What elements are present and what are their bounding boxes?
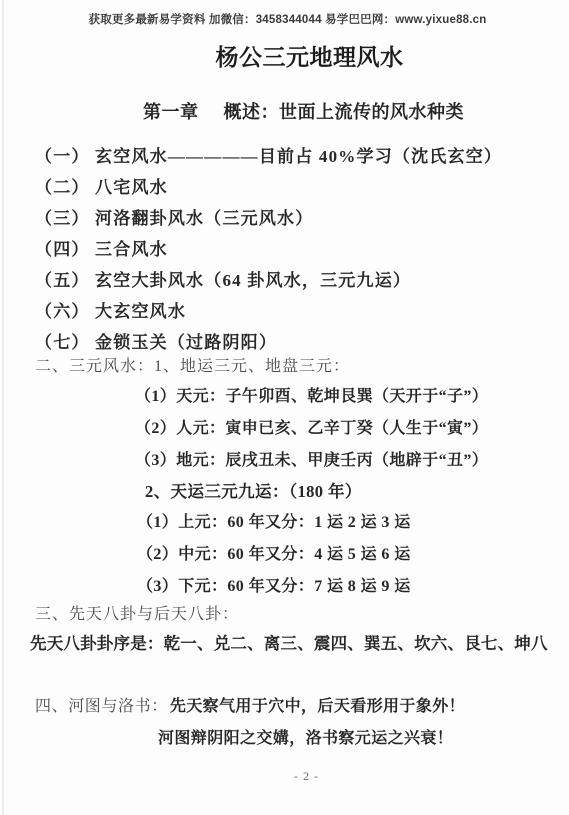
yun-item: （3）下元：60 年又分：7 运 8 运 9 运 <box>137 577 411 597</box>
section3-header: 三、先天八卦与后天八卦： <box>35 605 239 625</box>
header-notice: 获取更多最新易学资料 加微信：3458344044 易学巴巴网：www.yixu… <box>0 13 569 27</box>
section4-text: 先天察气用于穴中，后天看形用于象外！ <box>170 698 465 715</box>
list-item: （六） 大玄空风水 <box>35 296 502 327</box>
list-item: （二） 八宅风水 <box>35 172 502 203</box>
list-item: （一） 玄空风水—————目前占 40%学习（沈氏玄空） <box>35 141 502 172</box>
chapter-name: 概述：世面上流传的风水种类 <box>224 102 465 122</box>
section2-header: 二、三元风水：1、地运三元、地盘三元： <box>35 357 350 377</box>
page-number: - 2 - <box>0 769 569 784</box>
page-title: 杨公三元地理风水 <box>0 44 569 73</box>
section2-sub-item: （2）人元：寅申已亥、乙辛丁癸（人生于“寅”） <box>135 419 488 439</box>
section4-header: 四、河图与洛书： <box>35 698 168 715</box>
section4-line2: 河图辩阴阳之交媾，洛书察元运之兴衰！ <box>158 729 453 749</box>
list-item: （七） 金锁玉关（过路阴阳） <box>35 327 502 358</box>
section2-sub-item: （1）天元：子午卯酉、乾坤艮巽（天开于“子”） <box>135 387 488 407</box>
list-item: （五） 玄空大卦风水（64 卦风水，三元九运） <box>35 265 502 296</box>
yun-item: （1）上元：60 年又分：1 运 2 运 3 运 <box>137 513 411 533</box>
bagua-order-line: 先天八卦卦序是：乾一、兑二、离三、震四、巽五、坎六、艮七、坤八 <box>30 634 548 655</box>
list-item: （三） 河洛翻卦风水（三元风水） <box>35 203 502 234</box>
document-page: 获取更多最新易学资料 加微信：3458344044 易学巴巴网：www.yixu… <box>0 0 569 815</box>
yun-item: （2）中元：60 年又分：4 运 5 运 6 运 <box>137 545 411 565</box>
fengshui-types-list: （一） 玄空风水—————目前占 40%学习（沈氏玄空） （二） 八宅风水 （三… <box>35 141 502 358</box>
tianyun-header: 2、天运三元九运：（180 年） <box>145 482 362 503</box>
chapter-number: 第一章 <box>143 102 199 122</box>
chapter-heading: 第一章概述：世面上流传的风水种类 <box>0 101 569 124</box>
list-item: （四） 三合风水 <box>35 234 502 265</box>
section4-line1: 四、河图与洛书：先天察气用于穴中，后天看形用于象外！ <box>35 697 465 717</box>
section2-sub-item: （3）地元：辰戌丑未、甲庚壬丙（地辟于“丑”） <box>135 451 488 471</box>
